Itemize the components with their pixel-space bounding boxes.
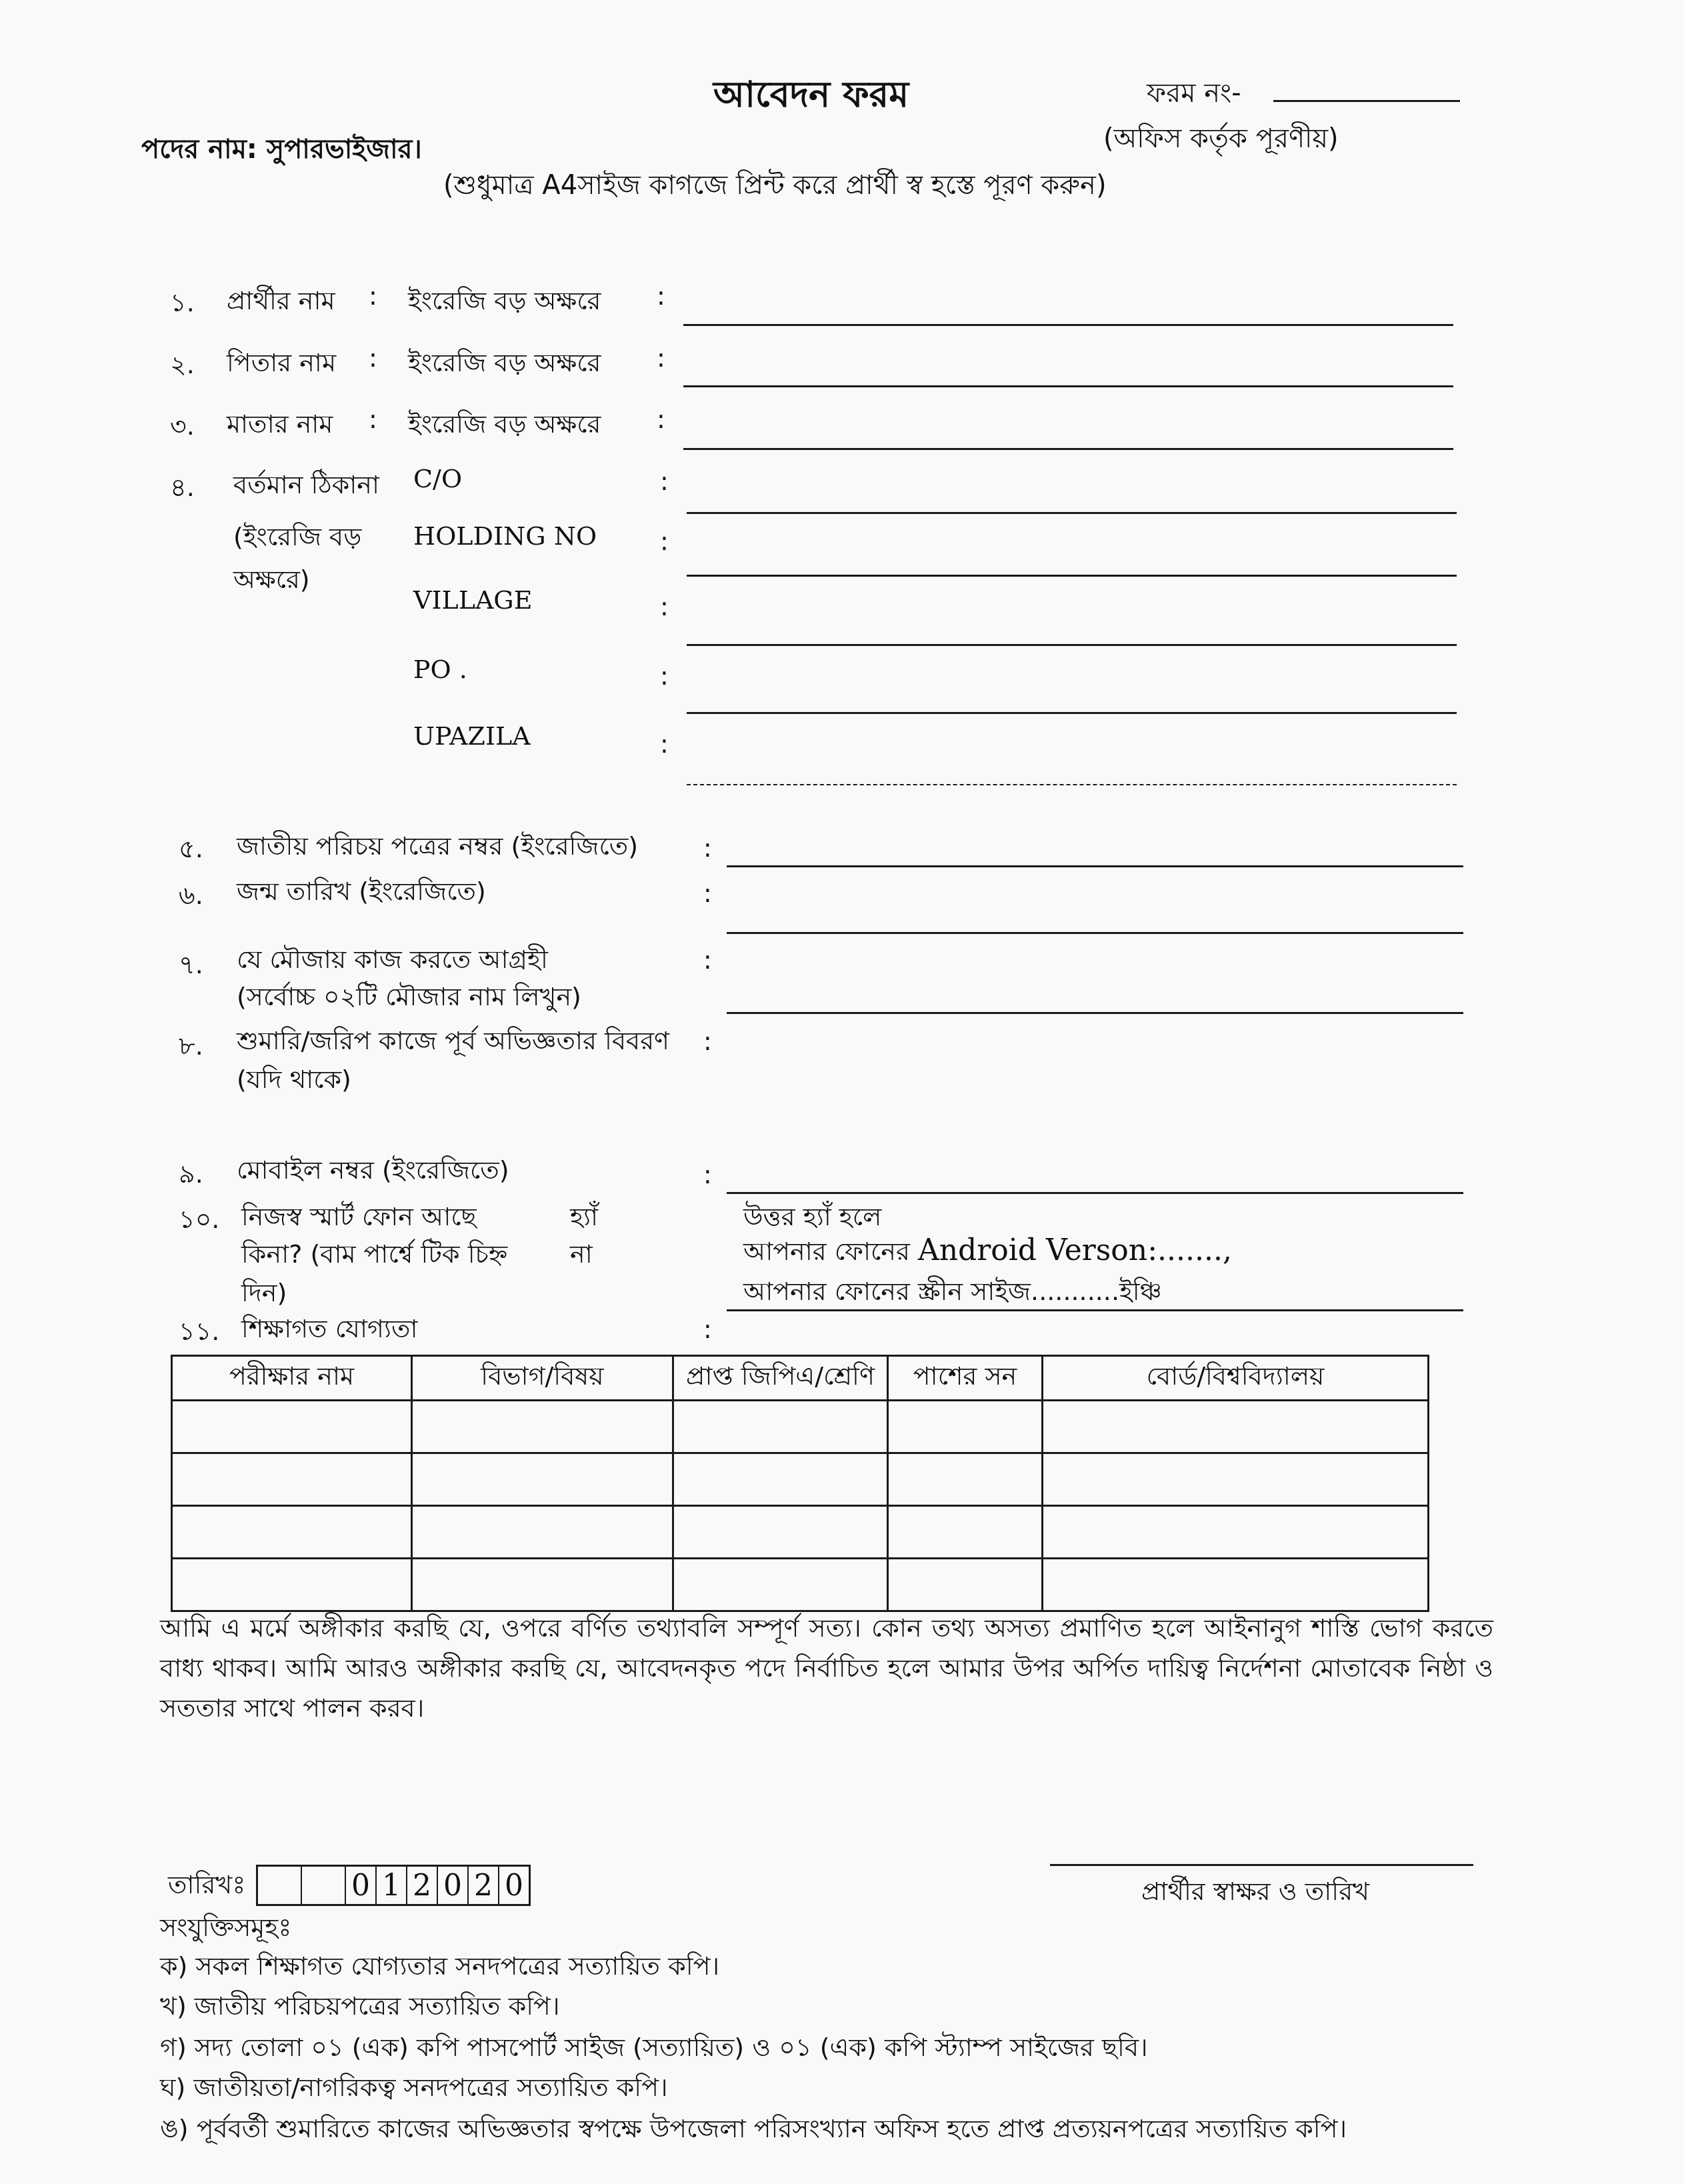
field-label: জন্ম তারিখ (ইংরেজিতে) — [237, 872, 486, 915]
mother-name-input[interactable] — [683, 448, 1453, 450]
post-name: পদের নাম: সুপারভাইজার। — [141, 128, 422, 173]
date-cell[interactable]: 2 — [467, 1867, 498, 1904]
table-row — [172, 1453, 1429, 1506]
attachment-item: ক) সকল শিক্ষাগত যোগ্যতার সনদপত্রের সত্যা… — [160, 1947, 719, 1989]
field-number: ৫. — [179, 829, 203, 872]
field-sublabel: (যদি থাকে) — [237, 1060, 351, 1103]
table-cell[interactable] — [172, 1559, 412, 1611]
birth-date-input[interactable] — [727, 932, 1463, 934]
colon: : — [703, 1027, 712, 1056]
form-number-label: ফরম নং- — [1147, 72, 1241, 117]
smartphone-label: কিনা? (বাম পার্শ্বে টিক চিহ্ন — [241, 1235, 507, 1277]
village-input[interactable] — [687, 644, 1457, 646]
table-cell[interactable] — [673, 1559, 888, 1611]
field-number: ৬. — [179, 876, 203, 919]
office-use-note: (অফিস কর্তৃক পূরণীয়) — [1103, 117, 1339, 162]
table-cell[interactable] — [888, 1559, 1043, 1611]
print-instruction: (শুধুমাত্র A4সাইজ কাগজে প্রিন্ট করে প্রা… — [443, 164, 1107, 209]
colon: : — [369, 281, 377, 311]
date-label: তারিখঃ — [168, 1865, 246, 1908]
android-version-line: আপনার ফোনের Android Verson:......., — [743, 1232, 1232, 1275]
attachment-item: ঙ) পূর্ববর্তী শুমারিতে কাজের অভিজ্ঞতার স… — [160, 2109, 1347, 2152]
colon: : — [660, 527, 669, 556]
col-gpa-class: প্রাপ্ত জিপিএ/শ্রেণি — [673, 1356, 888, 1401]
candidate-name-input[interactable] — [683, 324, 1453, 326]
table-cell[interactable] — [1043, 1453, 1429, 1506]
holding-no-input[interactable] — [687, 575, 1457, 577]
upazila-input[interactable] — [687, 784, 1457, 785]
col-passing-year: পাশের সন — [888, 1356, 1043, 1401]
colon: : — [703, 1160, 712, 1189]
table-header-row: পরীক্ষার নাম বিভাগ/বিষয় প্রাপ্ত জিপিএ/শ… — [172, 1356, 1429, 1401]
colon: : — [660, 467, 669, 496]
field-number: ৩. — [170, 407, 195, 449]
upazila-label: UPAZILA — [413, 721, 531, 751]
date-cell[interactable]: 0 — [498, 1867, 529, 1904]
address-label: অক্ষরে) — [233, 560, 310, 603]
education-table: পরীক্ষার নাম বিভাগ/বিষয় প্রাপ্ত জিপিএ/শ… — [171, 1355, 1429, 1612]
field-number: ১১. — [179, 1312, 219, 1355]
attachment-item: ঘ) জাতীয়তা/নাগরিকত্ব সনদপত্রের সত্যায়ি… — [160, 2068, 668, 2111]
android-prefix: আপনার ফোনের — [743, 1237, 918, 1266]
po-label: PO . — [413, 655, 467, 684]
field-sublabel: (সর্বোচ্চ ০২টি মৌজার নাম লিখুন) — [237, 977, 581, 1020]
field-number: ১০. — [179, 1200, 219, 1243]
table-cell[interactable] — [172, 1506, 412, 1559]
date-boxes[interactable]: 0 1 2 0 2 0 — [256, 1865, 531, 1906]
date-cell[interactable] — [258, 1867, 301, 1904]
android-version-field[interactable]: Android Verson:......., — [918, 1233, 1232, 1267]
field-number: ১. — [170, 283, 195, 326]
nid-input[interactable] — [727, 865, 1463, 867]
col-group-subject: বিভাগ/বিষয় — [412, 1356, 673, 1401]
table-row — [172, 1506, 1429, 1559]
colon: : — [703, 879, 712, 908]
table-row — [172, 1559, 1429, 1611]
address-label: (ইংরেজি বড় — [233, 517, 361, 560]
col-exam-name: পরীক্ষার নাম — [172, 1356, 412, 1401]
attachments-heading: সংযুক্তিসমূহঃ — [160, 1908, 292, 1951]
mobile-input[interactable] — [727, 1192, 1463, 1194]
colon: : — [703, 1315, 712, 1344]
field-hint: ইংরেজি বড় অক্ষরে — [408, 405, 601, 447]
smartphone-underline — [727, 1309, 1463, 1311]
table-cell[interactable] — [888, 1453, 1043, 1506]
table-cell[interactable] — [888, 1401, 1043, 1453]
form-number-field[interactable] — [1273, 100, 1460, 102]
form-title: আবেদন ফরম — [713, 67, 909, 127]
table-cell[interactable] — [412, 1506, 673, 1559]
date-cell[interactable]: 0 — [437, 1867, 467, 1904]
table-row — [172, 1401, 1429, 1453]
colon: : — [703, 833, 712, 863]
field-label: মাতার নাম — [227, 405, 333, 447]
table-cell[interactable] — [1043, 1559, 1429, 1611]
smartphone-label: নিজস্ব স্মার্ট ফোন আছে — [241, 1197, 477, 1240]
field-hint: ইংরেজি বড় অক্ষরে — [408, 281, 601, 324]
screen-size-field[interactable]: আপনার ফোনের স্ক্রীন সাইজ...........ইঞ্চি — [743, 1272, 1162, 1315]
table-cell[interactable] — [1043, 1401, 1429, 1453]
field-label: প্রার্থীর নাম — [227, 281, 335, 324]
field-label: পিতার নাম — [227, 343, 336, 386]
field-label: যে মৌজায় কাজ করতে আগ্রহী — [237, 940, 548, 983]
table-cell[interactable] — [673, 1506, 888, 1559]
table-cell[interactable] — [1043, 1506, 1429, 1559]
father-name-input[interactable] — [683, 385, 1453, 387]
field-label: মোবাইল নম্বর (ইংরেজিতে) — [237, 1151, 509, 1193]
date-cell[interactable]: 0 — [345, 1867, 375, 1904]
colon: : — [660, 592, 669, 621]
table-cell[interactable] — [673, 1453, 888, 1506]
table-cell[interactable] — [412, 1401, 673, 1453]
po-input[interactable] — [687, 712, 1457, 714]
colon: : — [657, 343, 665, 373]
date-cell[interactable] — [301, 1867, 345, 1904]
field-hint: ইংরেজি বড় অক্ষরে — [408, 343, 601, 386]
colon: : — [703, 945, 712, 975]
table-cell[interactable] — [172, 1401, 412, 1453]
village-label: VILLAGE — [413, 585, 532, 615]
holding-no-label: HOLDING NO — [413, 521, 597, 551]
date-cell[interactable]: 2 — [406, 1867, 437, 1904]
education-label: শিক্ষাগত যোগ্যতা — [241, 1309, 417, 1352]
colon: : — [369, 405, 377, 434]
field-number: ৮. — [179, 1027, 203, 1069]
table-cell[interactable] — [888, 1506, 1043, 1559]
colon: : — [660, 729, 669, 759]
signature-label: প্রার্থীর স্বাক্ষর ও তারিখ — [1141, 1872, 1369, 1915]
field-number: ৯. — [179, 1155, 203, 1197]
declaration-text: আমি এ মর্মে অঙ্গীকার করছি যে, ওপরে বর্ণি… — [160, 1608, 1493, 1728]
colon: : — [657, 281, 665, 311]
table-cell[interactable] — [673, 1401, 888, 1453]
colon: : — [657, 405, 665, 434]
colon: : — [369, 343, 377, 373]
field-label: জাতীয় পরিচয় পত্রের নম্বর (ইংরেজিতে) — [237, 827, 638, 869]
col-board-university: বোর্ড/বিশ্ববিদ্যালয় — [1043, 1356, 1429, 1401]
co-input[interactable] — [687, 512, 1457, 514]
table-cell[interactable] — [412, 1559, 673, 1611]
address-label: বর্তমান ঠিকানা — [233, 465, 379, 508]
date-cell[interactable]: 1 — [375, 1867, 406, 1904]
field-number: ৪. — [170, 468, 195, 511]
mouza-input[interactable] — [727, 1012, 1463, 1014]
smartphone-no-option[interactable]: না — [570, 1235, 593, 1277]
field-number: ৭. — [179, 945, 203, 988]
attachment-item: গ) সদ্য তোলা ০১ (এক) কপি পাসপোর্ট সাইজ (… — [160, 2028, 1148, 2071]
table-cell[interactable] — [172, 1453, 412, 1506]
attachment-item: খ) জাতীয় পরিচয়পত্রের সত্যায়িত কপি। — [160, 1987, 560, 2029]
field-number: ২. — [170, 345, 195, 388]
colon: : — [660, 661, 669, 691]
signature-field[interactable] — [1050, 1864, 1473, 1866]
table-cell[interactable] — [412, 1453, 673, 1506]
co-label: C/O — [413, 464, 462, 493]
smartphone-yes-option[interactable]: হ্যাঁ — [570, 1197, 598, 1240]
field-label: শুমারি/জরিপ কাজে পূর্ব অভিজ্ঞতার বিবরণ — [237, 1021, 669, 1064]
